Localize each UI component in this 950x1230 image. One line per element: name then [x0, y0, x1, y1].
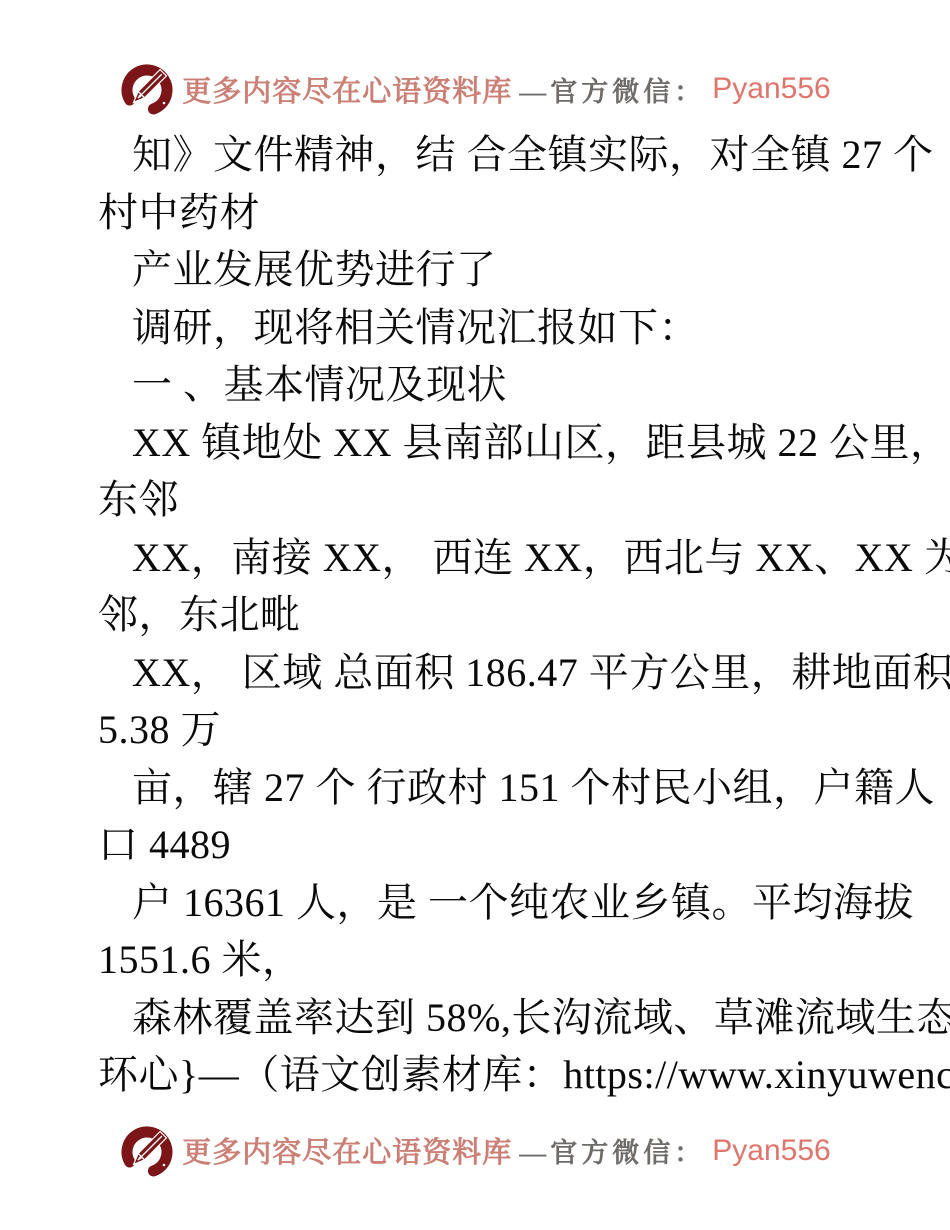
watermark-wechat-label: —官方微信：	[519, 70, 705, 109]
text-line: 村中药材	[98, 184, 880, 242]
text-line: 产业发展优势进行了	[98, 241, 880, 299]
watermark-brand-text: 更多内容尽在心语资料库	[182, 69, 512, 110]
footer-watermark: 更多内容尽在心语资料库—官方微信：Pyan556	[0, 1122, 950, 1180]
text-line: 调研，现将相关情况汇报如下：	[98, 299, 880, 357]
watermark-wechat-id: Pyan556	[712, 1134, 830, 1168]
text-line: 一 、基本情况及现状	[98, 356, 880, 414]
watermark-wechat-label: —官方微信：	[519, 1131, 705, 1170]
watermark-wechat-id: Pyan556	[712, 72, 830, 106]
text-line: XX， 区域 总面积 186.47 平方公里，耕地面积	[98, 644, 880, 702]
text-line: 东邻	[98, 471, 880, 529]
document-page: 更多内容尽在心语资料库—官方微信：Pyan556 知》文件精神，结 合全镇实际，…	[0, 0, 950, 1230]
text-line: 知》文件精神，结 合全镇实际，对全镇 27 个	[98, 126, 880, 184]
pen-swirl-logo-icon	[119, 1123, 175, 1179]
text-line: 1551.6 米，	[98, 931, 880, 989]
text-line: 口 4489	[98, 816, 880, 874]
text-line: 森林覆盖率达到 58%,长沟流域、草滩流域生态	[98, 989, 880, 1047]
text-line: 邻，东北毗	[98, 586, 880, 644]
header-watermark: 更多内容尽在心语资料库—官方微信：Pyan556	[0, 60, 950, 118]
text-line: 户 16361 人，是 一个纯农业乡镇。平均海拔	[98, 874, 880, 932]
text-line: 亩，辖 27 个 行政村 151 个村民小组，户籍人	[98, 759, 880, 817]
text-line: XX 镇地处 XX 县南部山区，距县城 22 公里，	[98, 414, 880, 472]
text-line: 5.38 万	[98, 701, 880, 759]
text-line: 环心}—（语文创素材库：https://www.xinyuwenc	[98, 1046, 880, 1104]
watermark-brand-text: 更多内容尽在心语资料库	[182, 1130, 512, 1171]
document-body: 知》文件精神，结 合全镇实际，对全镇 27 个村中药材产业发展优势进行了调研，现…	[0, 126, 950, 1104]
pen-swirl-logo-icon	[119, 61, 175, 117]
text-line: XX，南接 XX， 西连 XX，西北与 XX、XX 为	[98, 529, 880, 587]
